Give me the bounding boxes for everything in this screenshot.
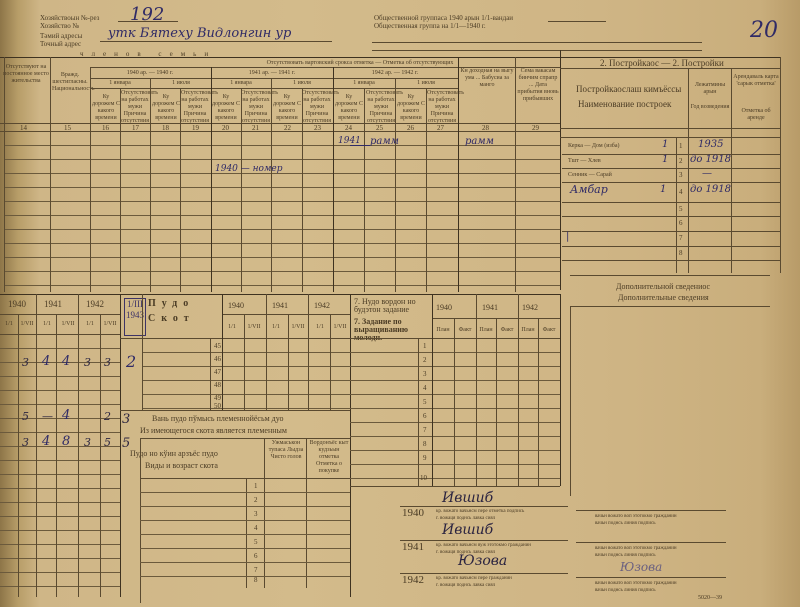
hand-entry-col20: 1940 — номер bbox=[215, 164, 283, 174]
kind-line-2: Виды и возраст скота bbox=[145, 462, 218, 470]
group-label-2: Общественная группа на 1/1—1940 г. bbox=[374, 22, 486, 30]
col-num-26: 26 bbox=[407, 124, 414, 132]
building-number: 1 bbox=[679, 142, 683, 150]
buildings-name-header-1: Постройкаослаш кимъёссы bbox=[576, 85, 681, 93]
sub-col-b: Отсутствовать на работах мужи Причина от… bbox=[121, 90, 149, 125]
task-year-1940: 1940 bbox=[436, 304, 452, 312]
sub-col-b: Отсутствовать на работах мужи Причина от… bbox=[181, 90, 209, 125]
sub-col-a: Ку дорожем С какого времени bbox=[212, 94, 240, 122]
col-num-24: 24 bbox=[345, 124, 352, 132]
task-year-1942: 1942 bbox=[522, 304, 538, 312]
signature-year-1942: 1942 bbox=[402, 576, 424, 584]
year-group-1940: 1940 ар. — 1940 г. bbox=[90, 70, 210, 77]
building-name: Керка — Дом (изба) bbox=[568, 142, 620, 150]
hand-entry-col28: рамм bbox=[465, 136, 494, 147]
kind-row-num: 5 bbox=[254, 538, 258, 546]
col-num-20: 20 bbox=[222, 124, 229, 132]
right-signature-1942: Юзова bbox=[620, 560, 662, 574]
task-sub: Факт bbox=[538, 327, 560, 334]
col-num-22: 22 bbox=[284, 124, 291, 132]
address-label-ru: Точный адрес bbox=[40, 40, 81, 48]
address-label: Тәмий адресы bbox=[40, 32, 82, 40]
right-signature-caption: вачьн поднсь линия подпись bbox=[595, 520, 656, 528]
col-28-header: Кн доходная на выгу ума ... Бабусиа за м… bbox=[460, 68, 514, 89]
building-number: 3 bbox=[679, 171, 683, 179]
task-row-num: 4 bbox=[423, 384, 427, 392]
task-row-num: 1 bbox=[423, 342, 427, 350]
year-group-1941: 1941 ар. — 1941 г. bbox=[212, 70, 332, 77]
hand-entry-col25: рамм bbox=[370, 136, 399, 147]
sub-col-b: Отсутствовать на работах мужи Причина от… bbox=[241, 90, 271, 125]
building-count: 1 bbox=[662, 139, 668, 150]
land-sub: 1/VII bbox=[100, 321, 120, 328]
livestock-sub: 1/VII bbox=[330, 324, 350, 331]
building-number: 7 bbox=[679, 234, 683, 242]
livestock-sub: 1/VII bbox=[288, 324, 308, 331]
sub-1941-jul: 1 июля bbox=[272, 80, 332, 87]
col-num-17: 17 bbox=[132, 124, 139, 132]
task-sub: План bbox=[518, 327, 538, 334]
land-value: 8 bbox=[62, 434, 70, 449]
livestock-code: 45 bbox=[214, 342, 221, 350]
absence-title: Отсутствовать вартовский срокса отметка … bbox=[160, 60, 560, 67]
livestock-sub: 1/1 bbox=[310, 324, 330, 331]
building-number: 6 bbox=[679, 219, 683, 227]
building-row: 5 bbox=[562, 202, 780, 217]
land-value: 3 bbox=[84, 436, 91, 449]
livestock-hand-value: 2 bbox=[126, 352, 136, 371]
buildings-title: 2. Постройкаос — 2. Постройки bbox=[600, 59, 724, 67]
col-num-18: 18 bbox=[162, 124, 169, 132]
kind-line-1: Пудо но кўин арзъёс пудо bbox=[130, 450, 218, 458]
sub-col-a: Ку дорожем С какого времени bbox=[152, 94, 180, 122]
task-row-num: 9 bbox=[423, 454, 427, 462]
kind-col-b-header: Вордонъёс кыт кудзьын отметка Отметка о … bbox=[308, 440, 350, 475]
livestock-code: 47 bbox=[214, 368, 221, 376]
livestock-code: 50 bbox=[214, 402, 221, 410]
family-grid bbox=[4, 132, 560, 292]
additional-title-1: Дополнительной сведениос bbox=[616, 283, 710, 291]
task-sub: Факт bbox=[454, 327, 476, 334]
sub-col-b: Отсутствовать на работах мужи Причина от… bbox=[302, 90, 332, 125]
sub-col-b: Отсутствовать на работах мужи Причина от… bbox=[427, 90, 457, 125]
building-number: 5 bbox=[679, 205, 683, 213]
col-num-21: 21 bbox=[252, 124, 259, 132]
purebred-value-1: 3 bbox=[122, 412, 130, 427]
sub-1942-jul: 1 июля bbox=[396, 80, 456, 87]
building-row: 6 bbox=[562, 216, 780, 232]
land-value: 4 bbox=[62, 408, 70, 423]
task-sub: План bbox=[432, 327, 454, 334]
sub-col-a: Ку дорожем С какого времени bbox=[92, 94, 120, 122]
sub-1940-jan: 1 январа bbox=[90, 80, 150, 87]
land-sub: 1/1 bbox=[38, 321, 56, 328]
kind-grid bbox=[140, 479, 350, 589]
col-29-header: Сема вакасам бинчим спрапр ... Дата приб… bbox=[516, 68, 560, 103]
building-row: Керка — Дом (изба) 1 1 1935 bbox=[562, 138, 780, 155]
land-value: 4 bbox=[62, 354, 70, 369]
land-year-1940: 1940 bbox=[8, 300, 26, 308]
livestock-sub: 1/1 bbox=[266, 324, 286, 331]
task-row-num: 6 bbox=[423, 412, 427, 420]
col-num-28: 28 bbox=[482, 124, 489, 132]
land-year-1942: 1942 bbox=[86, 300, 104, 308]
building-year: до 1918 bbox=[690, 154, 731, 165]
col-15-header: Вражд. шестигласны. Национальность bbox=[52, 72, 88, 93]
kind-row-num: 6 bbox=[254, 552, 258, 560]
land-sub: 1/VII bbox=[58, 321, 78, 328]
land-year-1941: 1941 bbox=[44, 300, 62, 308]
col-num-16: 16 bbox=[102, 124, 109, 132]
livestock-sub: 1/1 bbox=[222, 324, 242, 331]
land-sub: 1/1 bbox=[80, 321, 100, 328]
signature-year-1941: 1941 bbox=[402, 543, 424, 551]
task-year-1941: 1941 bbox=[482, 304, 498, 312]
right-signature-caption: вачьн поднсь линия подпись bbox=[595, 552, 656, 560]
livestock-code: 46 bbox=[214, 355, 221, 363]
household-no-label-ru: Хозяйство № bbox=[40, 22, 79, 30]
signature-1941: Ившиб bbox=[442, 522, 493, 538]
building-year: до 1918 bbox=[690, 184, 731, 195]
land-sub: 1/VII bbox=[18, 321, 36, 328]
building-year: 1935 bbox=[698, 139, 723, 150]
sub-col-a: Ку дорожем С какого времени bbox=[273, 94, 301, 122]
task-title-1: 7. Нудо вордон но будэтон задание bbox=[354, 298, 434, 314]
task-row-num: 10 bbox=[420, 474, 427, 482]
task-sub: Факт bbox=[496, 327, 518, 334]
livestock-year-1942: 1942 bbox=[314, 302, 330, 310]
kind-row-num: 7 bbox=[254, 566, 258, 574]
building-year: — bbox=[702, 168, 712, 179]
sub-1942-jan: 1 январа bbox=[334, 80, 394, 87]
land-value: 4 bbox=[42, 434, 50, 449]
purebred-line-1: Вань пудо пўмысь племеннойёсьм дуо bbox=[152, 415, 284, 423]
document-page: Хозяйствоын №-рез Хозяйство № 192 Тәмий … bbox=[0, 0, 800, 607]
kind-row-num: 4 bbox=[254, 524, 258, 532]
land-value: 4 bbox=[42, 354, 50, 369]
land-value: 3 bbox=[22, 356, 29, 369]
building-row: Тшт — Хлев 1 2 до 1918 bbox=[562, 154, 780, 169]
kind-col-a-header: Ужмаськон тупаса Лыдза Чисто голов bbox=[266, 440, 306, 461]
building-number: 8 bbox=[679, 249, 683, 257]
purebred-line-2: Из имеющегося скота является племенным bbox=[140, 427, 287, 435]
building-number: 2 bbox=[679, 157, 683, 165]
task-row-num: 3 bbox=[423, 370, 427, 378]
task-sub: План bbox=[476, 327, 496, 334]
buildings-year-header-2: Год возведения bbox=[690, 104, 730, 111]
building-row: | 7 bbox=[562, 231, 780, 247]
building-name: Амбар bbox=[570, 183, 608, 196]
livestock-sub: 1/VII bbox=[244, 324, 264, 331]
building-row: 8 bbox=[562, 246, 780, 261]
livestock-title-2: Скот bbox=[148, 315, 195, 323]
signature-year-1940: 1940 bbox=[402, 509, 424, 517]
address-value: утк Бятеху Видлонгин ур bbox=[108, 26, 291, 41]
kind-row-num: 8 bbox=[254, 576, 258, 584]
col-num-25: 25 bbox=[376, 124, 383, 132]
livestock-code: 48 bbox=[214, 381, 221, 389]
col-num-23: 23 bbox=[314, 124, 321, 132]
land-value: 3 bbox=[84, 356, 91, 369]
right-signature-caption: вачьн поднсь линия подпись bbox=[595, 587, 656, 595]
land-value: 3 bbox=[22, 436, 29, 449]
land-value: 2 bbox=[104, 410, 111, 423]
land-value: 5 bbox=[22, 410, 29, 423]
livestock-year-1941: 1941 bbox=[272, 302, 288, 310]
building-name: Сенник — Сарай bbox=[568, 171, 612, 179]
group-label-1: Общественной группаса 1940 арын 1/1-ванд… bbox=[374, 14, 513, 22]
buildings-notes-header-1: Арендаваль карта 'сарык отметка' bbox=[733, 74, 779, 88]
building-row: Амбар 1 4 до 1918 bbox=[562, 182, 780, 203]
signature-1940: Ившиб bbox=[442, 490, 493, 506]
household-no-label: Хозяйствоын №-рез bbox=[40, 14, 99, 22]
land-sub: 1/1 bbox=[0, 321, 18, 328]
land-value: 5 bbox=[104, 436, 111, 449]
sub-1940-jul: 1 июля bbox=[152, 80, 210, 87]
livestock-grid bbox=[142, 339, 350, 409]
building-count: 1 bbox=[660, 184, 666, 195]
livestock-year-1940: 1940 bbox=[228, 302, 244, 310]
col-num-14: 14 bbox=[20, 124, 27, 132]
building-count: 1 bbox=[662, 154, 668, 165]
buildings-year-header-1: Лежатмины арын bbox=[690, 82, 730, 96]
sub-1941-jan: 1 январа bbox=[212, 80, 270, 87]
task-row-num: 7 bbox=[423, 426, 427, 434]
page-number: 20 bbox=[750, 18, 778, 43]
col-14-header: Отсутствуют на постоянное место жительст… bbox=[2, 64, 50, 85]
kind-row-num: 3 bbox=[254, 510, 258, 518]
kind-row-num: 1 bbox=[254, 482, 258, 490]
form-code: 5020—39 bbox=[698, 594, 722, 602]
col-num-29: 29 bbox=[532, 124, 539, 132]
signature-1942: Юзова bbox=[458, 553, 507, 569]
livestock-title-1: Пудо bbox=[148, 300, 194, 308]
buildings-name-header-2: Наименование построек bbox=[578, 100, 671, 108]
task-grid bbox=[350, 339, 560, 485]
land-value: — bbox=[42, 410, 53, 423]
col-num-19: 19 bbox=[192, 124, 199, 132]
year-group-1942: 1942 ар. — 1942 г. bbox=[334, 70, 456, 77]
sub-col-b: Отсутствовать на работах мужи Причина от… bbox=[366, 90, 396, 125]
signature-caption: г. вожаця поднсь лавка сиял bbox=[436, 582, 495, 590]
sub-col-a: Ку дорожем С какого времени bbox=[396, 94, 426, 122]
additional-title-2: Дополнительные сведения bbox=[618, 294, 709, 302]
buildings-notes-header-2: Отметка об аренде bbox=[733, 108, 779, 122]
col-num-15: 15 bbox=[64, 124, 71, 132]
task-row-num: 2 bbox=[423, 356, 427, 364]
land-value: 3 bbox=[104, 356, 111, 369]
building-number: 4 bbox=[679, 188, 683, 196]
kind-row-num: 2 bbox=[254, 496, 258, 504]
task-row-num: 5 bbox=[423, 398, 427, 406]
col-num-27: 27 bbox=[437, 124, 444, 132]
livestock-code: 49 bbox=[214, 394, 221, 402]
building-name: Тшт — Хлев bbox=[568, 157, 601, 165]
sub-col-a: Ку дорожем С какого времени bbox=[334, 94, 364, 122]
task-row-num: 8 bbox=[423, 440, 427, 448]
building-row: Сенник — Сарай 3 — bbox=[562, 168, 780, 183]
